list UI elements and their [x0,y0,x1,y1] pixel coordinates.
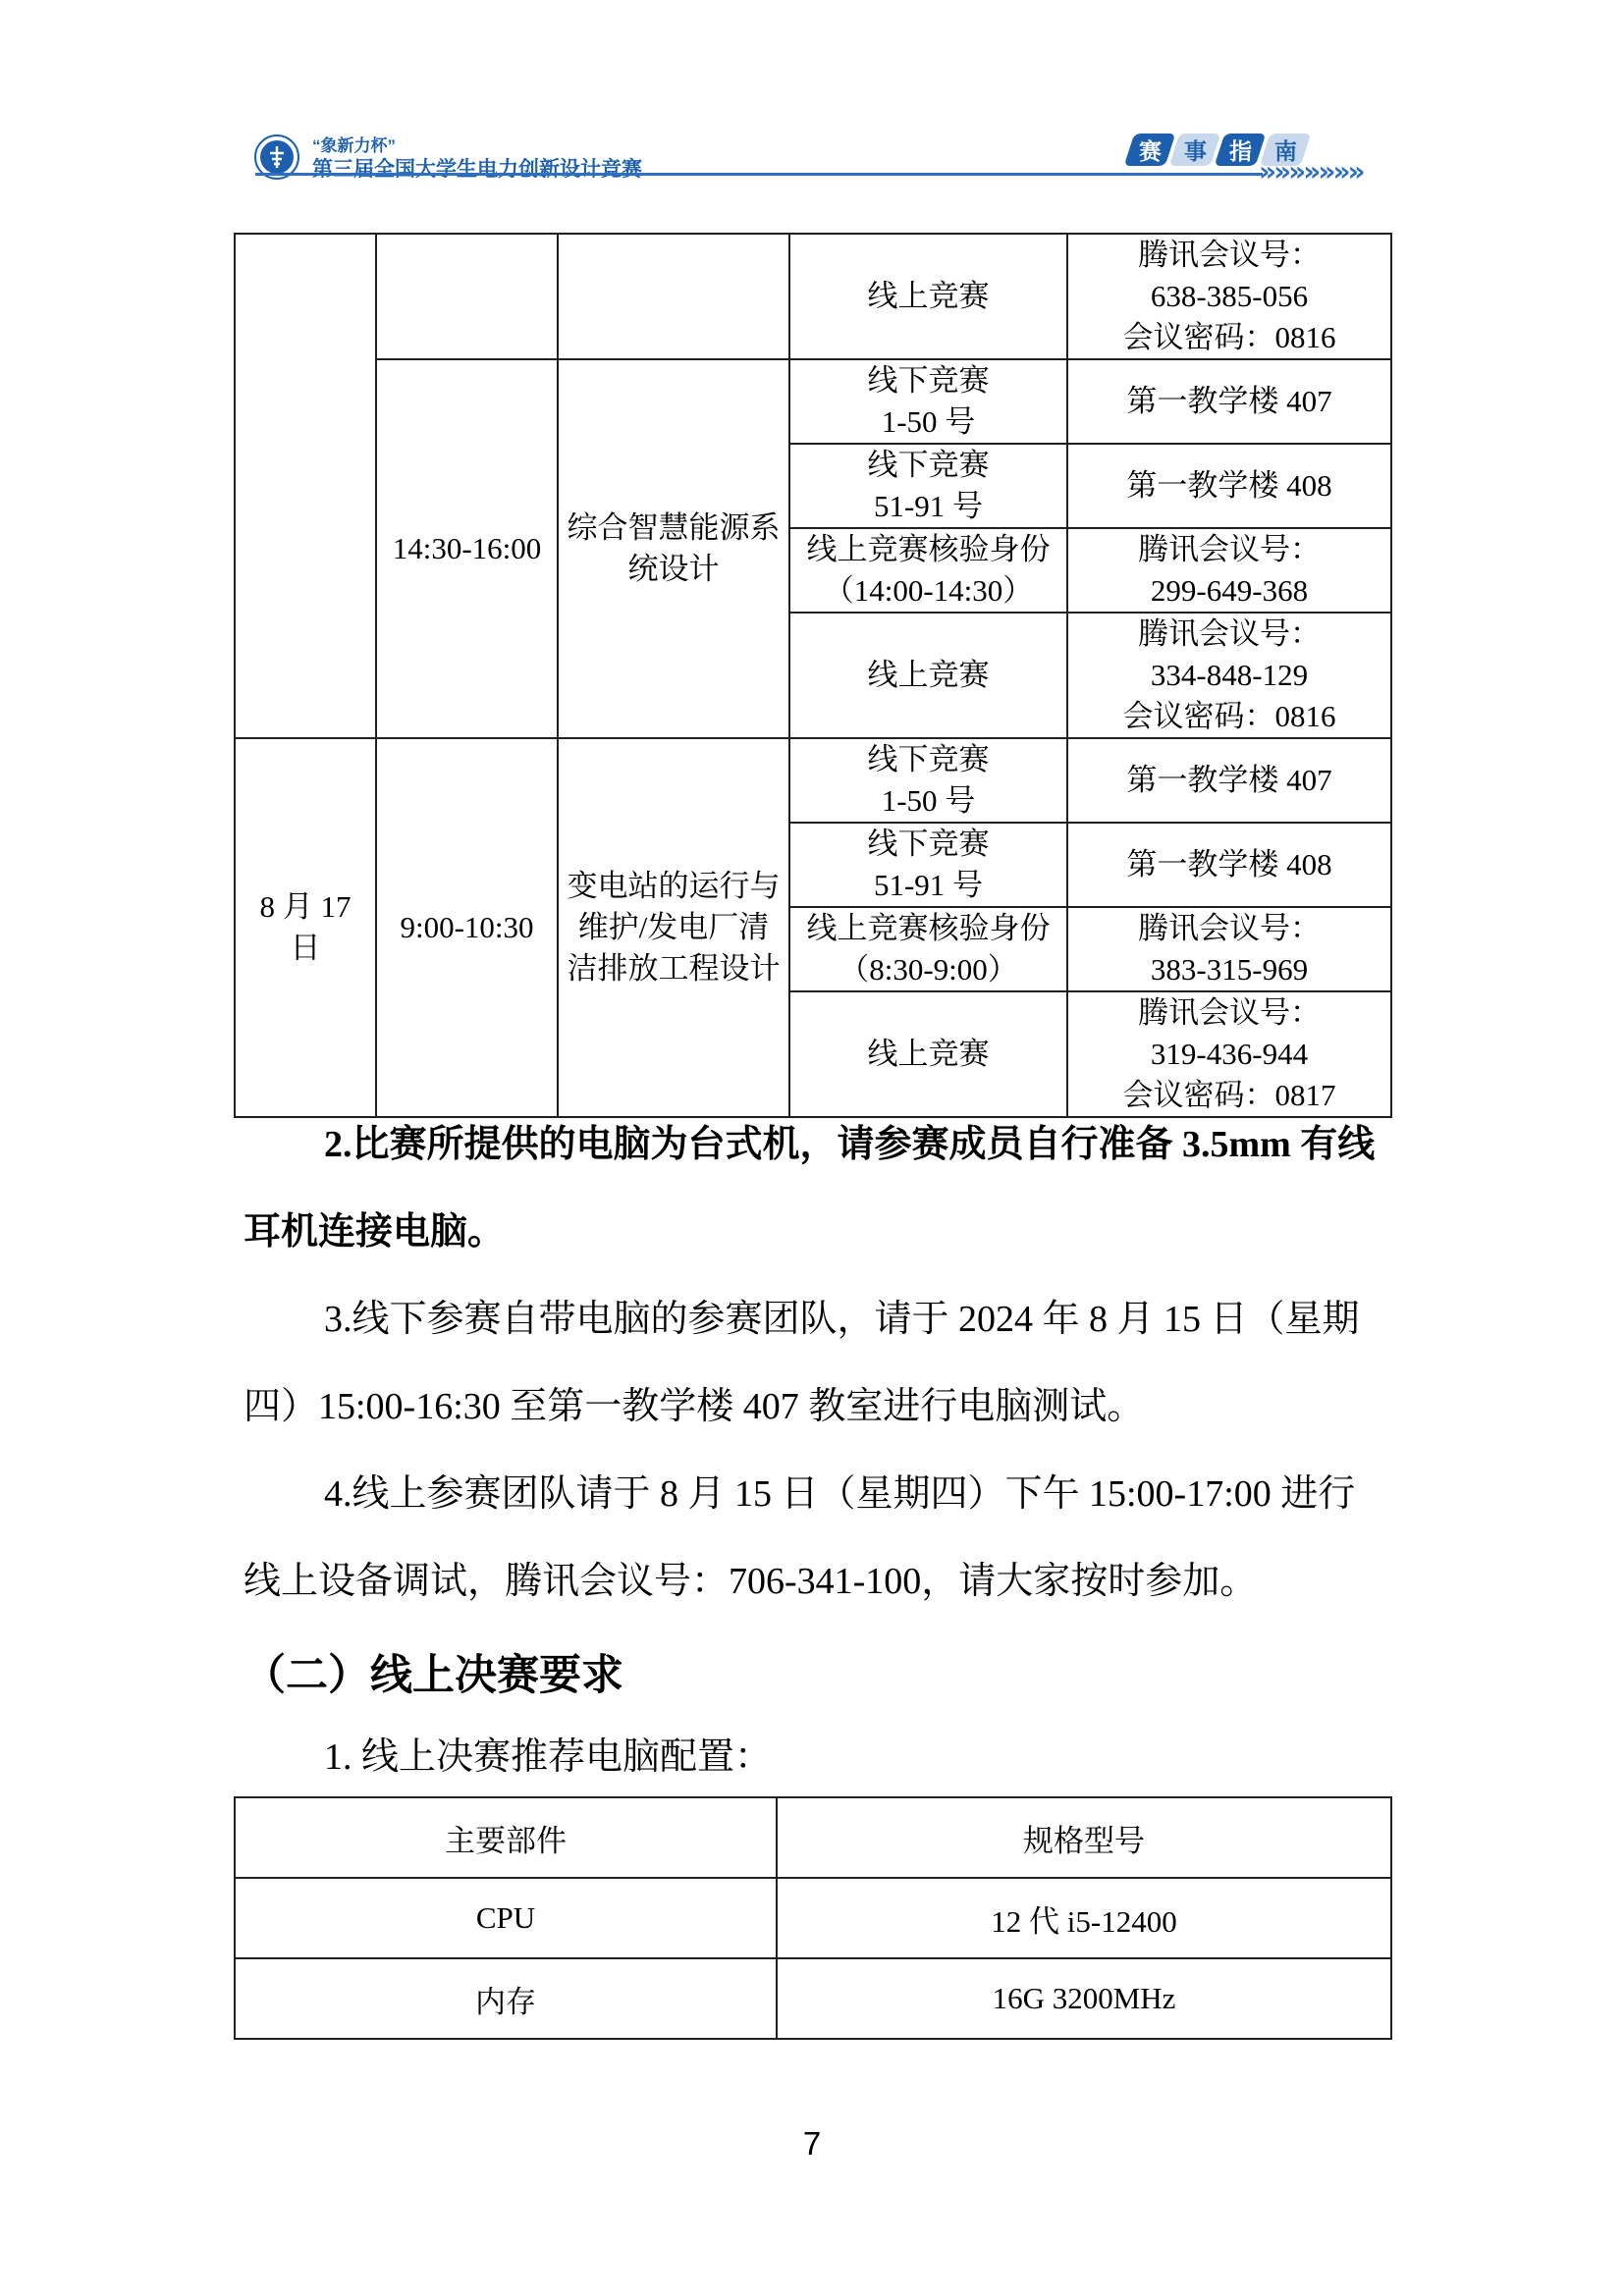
cell-line: 14:30-16:00 [383,528,551,569]
cell-line: 299-649-368 [1074,570,1384,612]
location-cell: 第一教学楼 408 [1067,823,1391,907]
cell-line: 线下竞赛 [796,445,1060,486]
cell-line: 319-436-944 [1074,1034,1384,1075]
location-cell: 腾讯会议号： 334-848-129 会议密码：0816 [1067,613,1391,738]
config-header-cell: 规格型号 [777,1797,1391,1878]
config-header-cell: 主要部件 [235,1797,777,1878]
cell-line: 线下竞赛 [796,824,1060,865]
badge-tile: 赛 [1124,133,1176,166]
cell-line: 维护/发电厂清 [565,907,783,948]
activity-cell: 线下竞赛 1-50 号 [789,359,1067,444]
cell-line: 腾讯会议号： [1074,992,1384,1034]
location-cell: 第一教学楼 407 [1067,738,1391,823]
cell-line: 腾讯会议号： [1074,235,1384,276]
cell-line: 线下竞赛 [796,739,1060,780]
activity-cell: 线上竞赛 [789,613,1067,738]
activity-cell: 线上竞赛 [789,991,1067,1117]
cell-line: 8 月 17 日 [242,886,369,969]
logo-subtitle: 第三届全国大学生电力创新设计竞赛 [312,156,642,183]
cell-line: 线上竞赛 [796,1034,1060,1075]
schedule-row: 线上竞赛 腾讯会议号： 638-385-056 会议密码：0816 [235,234,1391,359]
cell-line: 线上竞赛核验身份 [796,529,1060,570]
cell-line: 洁排放工程设计 [565,948,783,989]
cell-line: 线下竞赛 [796,360,1060,401]
component-cell: CPU [235,1878,777,1958]
cell-line: 腾讯会议号： [1074,529,1384,570]
cell-line: 第一教学楼 407 [1074,381,1384,422]
paragraph-line: 线上设备调试，腾讯会议号：706-341-100，请大家按时参加。 [244,1538,1392,1626]
cell-line: 统设计 [565,549,783,590]
cell-line: 1-50 号 [796,780,1060,822]
activity-cell: 线下竞赛 1-50 号 [789,738,1067,823]
cell-line: 638-385-056 [1074,276,1384,317]
cell-line: 第一教学楼 408 [1074,844,1384,885]
paragraph-4: 4.线上参赛团队请于 8 月 15 日（星期四）下午 15:00-17:00 进… [244,1451,1392,1626]
activity-cell: 线上竞赛核验身份 （8:30-9:00） [789,907,1067,991]
time-cell: 9:00-10:30 [376,738,558,1117]
badge-char: 事 [1184,133,1207,166]
event-cell: 变电站的运行与 维护/发电厂清 洁排放工程设计 [558,738,789,1117]
location-cell: 腾讯会议号： 319-436-944 会议密码：0817 [1067,991,1391,1117]
paragraph-line: 2.比赛所提供的电脑为台式机，请参赛成员自行准备 3.5mm 有线 [244,1101,1392,1189]
badge-tile: 事 [1169,133,1221,166]
location-cell: 腾讯会议号： 383-315-969 [1067,907,1391,991]
document-page: “象新力杯” 第三届全国大学生电力创新设计竞赛 赛 事 指 南 »»»»»»» … [0,0,1624,2296]
cell-line: 腾讯会议号： [1074,908,1384,949]
cell-line: （14:00-14:30） [796,570,1060,612]
schedule-row: 14:30-16:00 综合智慧能源系 统设计 线下竞赛 1-50 号 第一教学… [235,359,1391,444]
cell-line: （8:30-9:00） [796,949,1060,990]
badge-char: 指 [1229,133,1252,166]
paragraph-line: 四）15:00-16:30 至第一教学楼 407 教室进行电脑测试。 [244,1363,1392,1451]
location-cell: 腾讯会议号： 638-385-056 会议密码：0816 [1067,234,1391,359]
cell-line: 综合智慧能源系 [565,507,783,549]
activity-cell: 线上竞赛 [789,234,1067,359]
component-cell: 内存 [235,1958,777,2039]
list-item-1: 1. 线上决赛推荐电脑配置： [324,1718,772,1796]
event-cell [558,234,789,359]
paragraph-line: 耳机连接电脑。 [244,1189,1392,1276]
badge-char: 赛 [1139,133,1162,166]
activity-cell: 线下竞赛 51-91 号 [789,823,1067,907]
header-arrows-icon: »»»»»»» [1259,155,1363,187]
paragraph-line: 4.线上参赛团队请于 8 月 15 日（星期四）下午 15:00-17:00 进… [244,1451,1392,1538]
spec-cell: 12 代 i5-12400 [777,1878,1391,1958]
cell-line: 线上竞赛 [796,655,1060,696]
time-cell: 14:30-16:00 [376,359,558,738]
cell-line: 变电站的运行与 [565,866,783,907]
cell-line: 线上竞赛核验身份 [796,908,1060,949]
cell-line: 383-315-969 [1074,949,1384,990]
time-cell [376,234,558,359]
date-cell: 8 月 17 日 [235,738,376,1117]
cell-line: 334-848-129 [1074,655,1384,696]
config-table: 主要部件 规格型号 CPU 12 代 i5-12400 内存 16G 3200M… [234,1796,1392,2040]
location-cell: 第一教学楼 408 [1067,444,1391,528]
location-cell: 腾讯会议号： 299-649-368 [1067,528,1391,613]
config-row: 内存 16G 3200MHz [235,1958,1391,2039]
cell-line: 51-91 号 [796,865,1060,906]
cell-line: 会议密码：0816 [1074,696,1384,737]
spec-cell: 16G 3200MHz [777,1958,1391,2039]
cell-line: 线上竞赛 [796,276,1060,317]
page-number: 7 [0,2125,1624,2163]
section-heading: （二）线上决赛要求 [244,1632,623,1720]
cell-line: 第一教学楼 408 [1074,465,1384,507]
cell-line: 第一教学楼 407 [1074,760,1384,801]
cell-line: 51-91 号 [796,486,1060,527]
cell-line: 腾讯会议号： [1074,614,1384,655]
config-header-row: 主要部件 规格型号 [235,1797,1391,1878]
config-row: CPU 12 代 i5-12400 [235,1878,1391,1958]
cell-line: 会议密码：0816 [1074,317,1384,358]
location-cell: 第一教学楼 407 [1067,359,1391,444]
cell-line: 1-50 号 [796,401,1060,443]
paragraph-3: 3.线下参赛自带电脑的参赛团队，请于 2024 年 8 月 15 日（星期 四）… [244,1276,1392,1451]
logo-title: “象新力杯” [312,135,642,156]
cell-line: 9:00-10:30 [383,907,551,948]
activity-cell: 线下竞赛 51-91 号 [789,444,1067,528]
schedule-row: 8 月 17 日 9:00-10:30 变电站的运行与 维护/发电厂清 洁排放工… [235,738,1391,823]
schedule-table: 线上竞赛 腾讯会议号： 638-385-056 会议密码：0816 14:30-… [234,233,1392,1118]
paragraph-line: 3.线下参赛自带电脑的参赛团队，请于 2024 年 8 月 15 日（星期 [244,1276,1392,1363]
header-rule [255,173,1263,176]
date-cell [235,234,376,738]
paragraph-2: 2.比赛所提供的电脑为台式机，请参赛成员自行准备 3.5mm 有线 耳机连接电脑… [244,1101,1392,1276]
activity-cell: 线上竞赛核验身份 （14:00-14:30） [789,528,1067,613]
event-cell: 综合智慧能源系 统设计 [558,359,789,738]
